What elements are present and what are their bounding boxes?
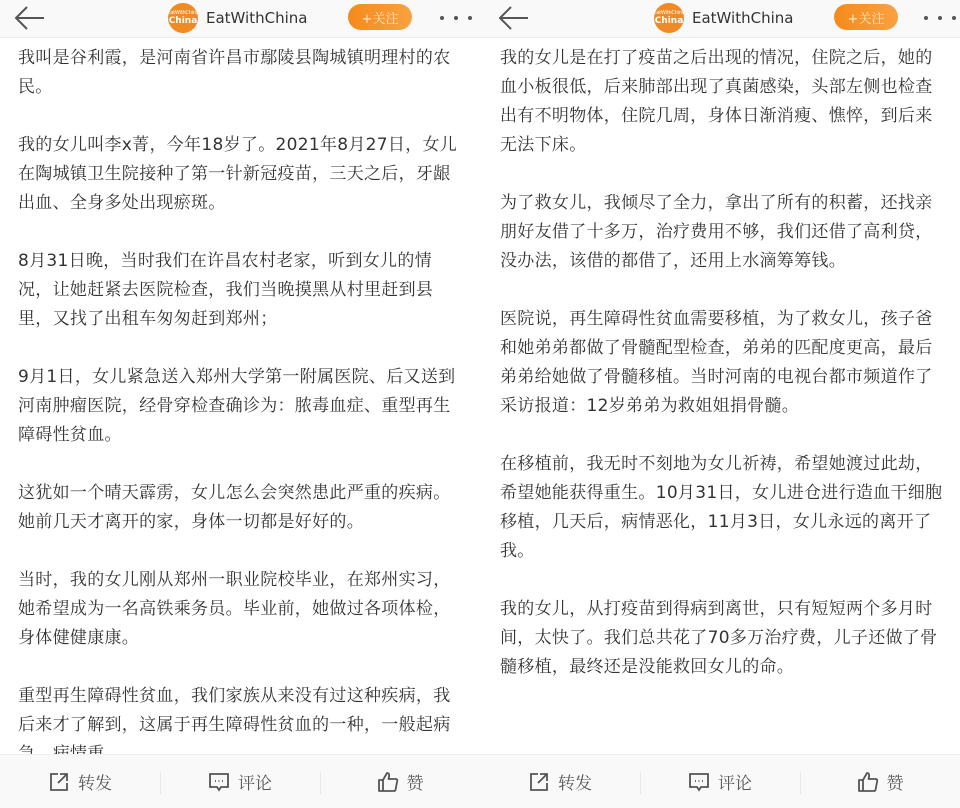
back-arrow-icon <box>496 4 532 32</box>
comment-label: 评论 <box>718 769 752 794</box>
like-label: 赞 <box>407 769 424 794</box>
more-dot-icon <box>952 16 956 20</box>
comment-button[interactable]: 评论 <box>640 755 800 808</box>
more-dot-icon <box>454 16 458 20</box>
account-name[interactable]: EatWithChina <box>692 9 793 27</box>
post-paragraph: 8月31日晚，当时我们在许昌农村老家，听到女儿的情况，让她赶紧去医院检查，我们当… <box>18 247 464 334</box>
follow-button[interactable]: +关注 <box>348 4 412 30</box>
repost-label: 转发 <box>558 769 592 794</box>
account-header[interactable]: EatWithChina China EatWithChina <box>654 3 793 33</box>
top-nav-bar: EatWithChina China EatWithChina +关注 <box>0 0 480 38</box>
post-paragraph: 当时，我的女儿刚从郑州一职业院校毕业，在郑州实习，她希望成为一名高铁乘务员。毕业… <box>18 566 464 653</box>
comment-label: 评论 <box>238 769 272 794</box>
logo-text-bottom: China <box>169 17 198 26</box>
repost-label: 转发 <box>78 769 112 794</box>
action-bar: 转发 评论 赞 <box>0 754 480 808</box>
more-dot-icon <box>468 16 472 20</box>
comment-icon <box>688 771 710 793</box>
logo-text-top: EatWithChina <box>167 11 198 16</box>
thumbs-up-icon <box>377 771 399 793</box>
screenshot-stage: EatWithChina China EatWithChina +关注 我叫是谷… <box>0 0 960 808</box>
thumbs-up-icon <box>857 771 879 793</box>
back-button[interactable] <box>12 4 48 32</box>
top-nav-bar: EatWithChina China EatWithChina +关注 <box>480 0 960 38</box>
account-avatar[interactable]: EatWithChina China <box>654 3 684 33</box>
comment-icon <box>208 771 230 793</box>
post-paragraph: 我的女儿叫李x菁，今年18岁了。2021年8月27日，女儿在陶城镇卫生院接种了第… <box>18 131 464 218</box>
like-button[interactable]: 赞 <box>320 755 480 808</box>
post-paragraph: 我的女儿是在打了疫苗之后出现的情况，住院之后，她的血小板很低，后来肺部出现了真菌… <box>500 44 944 160</box>
like-button[interactable]: 赞 <box>800 755 960 808</box>
post-panel-right: EatWithChina China EatWithChina +关注 我的女儿… <box>480 0 960 808</box>
account-name[interactable]: EatWithChina <box>206 9 307 27</box>
more-dot-icon <box>440 16 444 20</box>
follow-button[interactable]: +关注 <box>834 4 898 30</box>
comment-button[interactable]: 评论 <box>160 755 320 808</box>
back-arrow-icon <box>12 4 48 32</box>
post-panel-left: EatWithChina China EatWithChina +关注 我叫是谷… <box>0 0 480 808</box>
back-button[interactable] <box>496 4 532 32</box>
more-dot-icon <box>924 16 928 20</box>
post-paragraph: 我叫是谷利霞，是河南省许昌市鄢陵县陶城镇明理村的农民。 <box>18 44 464 102</box>
repost-button[interactable]: 转发 <box>480 755 640 808</box>
action-bar: 转发 评论 赞 <box>480 754 960 808</box>
logo-text-bottom: China <box>655 17 684 26</box>
post-body: 我叫是谷利霞，是河南省许昌市鄢陵县陶城镇明理村的农民。 我的女儿叫李x菁，今年1… <box>18 44 464 798</box>
post-paragraph: 为了救女儿，我倾尽了全力，拿出了所有的积蓄，还找亲朋好友借了十多万，治疗费用不够… <box>500 189 944 276</box>
repost-button[interactable]: 转发 <box>0 755 160 808</box>
post-paragraph: 我的女儿，从打疫苗到得病到离世，只有短短两个多月时间，太快了。我们总共花了70多… <box>500 595 944 682</box>
repost-icon <box>48 771 70 793</box>
post-paragraph: 9月1日，女儿紧急送入郑州大学第一附属医院、后又送到河南肿瘤医院，经骨穿检查确诊… <box>18 363 464 450</box>
more-options-button[interactable] <box>920 8 960 28</box>
like-label: 赞 <box>887 769 904 794</box>
account-avatar[interactable]: EatWithChina China <box>168 3 198 33</box>
logo-text-top: EatWithChina <box>653 11 684 16</box>
post-paragraph: 这犹如一个晴天霹雳，女儿怎么会突然患此严重的疾病。她前几天才离开的家，身体一切都… <box>18 479 464 537</box>
account-header[interactable]: EatWithChina China EatWithChina <box>168 3 307 33</box>
more-options-button[interactable] <box>436 8 476 28</box>
repost-icon <box>528 771 550 793</box>
post-paragraph: 医院说，再生障碍性贫血需要移植，为了救女儿，孩子爸和她弟弟都做了骨髓配型检查，弟… <box>500 305 944 421</box>
post-paragraph: 在移植前，我无时不刻地为女儿祈祷，希望她渡过此劫，希望她能获得重生。10月31日… <box>500 450 944 566</box>
post-body: 我的女儿是在打了疫苗之后出现的情况，住院之后，她的血小板很低，后来肺部出现了真菌… <box>500 44 944 711</box>
more-dot-icon <box>938 16 942 20</box>
